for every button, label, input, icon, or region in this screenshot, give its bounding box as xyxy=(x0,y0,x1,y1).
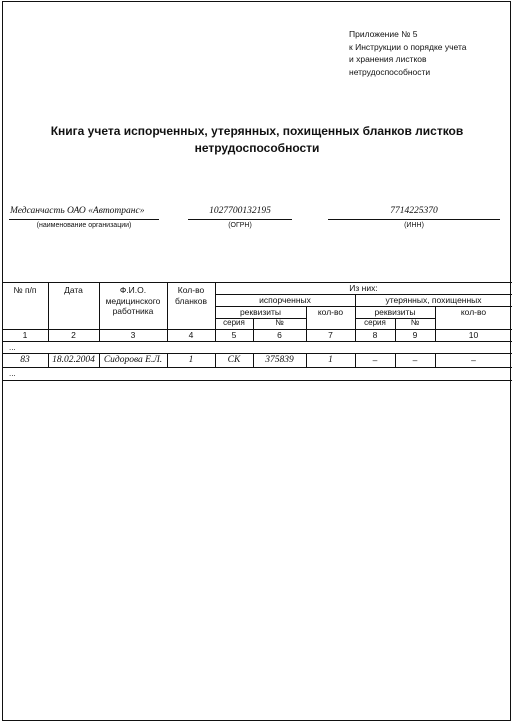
document-title: Книга учета испорченных, утерянных, похи… xyxy=(0,123,514,157)
ellipsis-row: ... xyxy=(9,343,16,352)
ogrn-caption: (ОГРН) xyxy=(188,222,292,229)
inn-value: 7714225370 xyxy=(328,206,500,216)
annex-line: Приложение № 5 xyxy=(349,28,467,41)
annex-line: нетрудоспособности xyxy=(349,66,467,79)
header-count: Кол-во бланков xyxy=(167,282,215,329)
cell-series: СК xyxy=(215,353,253,367)
table-line xyxy=(2,380,512,381)
cell-qty: 1 xyxy=(306,353,355,367)
column-number: 8 xyxy=(355,329,395,341)
organization-name-caption: (наименование организации) xyxy=(9,222,159,229)
header-spoiled-number: № xyxy=(253,318,306,329)
header-lost: утерянных, похищенных xyxy=(355,294,512,306)
header-lost-qty: кол-во xyxy=(435,306,512,318)
column-number: 1 xyxy=(2,329,48,341)
cell-num: 83 xyxy=(2,353,48,367)
column-number: 2 xyxy=(48,329,99,341)
header-spoiled: испорченных xyxy=(215,294,355,306)
header-date: Дата xyxy=(48,282,99,329)
cell-lost-qty: – xyxy=(435,353,512,367)
cell-count: 1 xyxy=(167,353,215,367)
organization-name: Медсанчасть ОАО «Автотранс» xyxy=(10,206,144,216)
annex-note: Приложение № 5 к Инструкции о порядке уч… xyxy=(349,28,467,78)
header-lost-requisites: реквизиты xyxy=(355,306,435,318)
header-num: № п/п xyxy=(2,282,48,329)
column-number: 9 xyxy=(395,329,435,341)
inn-underline xyxy=(328,219,500,220)
header-spoiled-series: серия xyxy=(215,318,253,329)
header-lost-number: № xyxy=(395,318,435,329)
title-line-2: нетрудоспособности xyxy=(0,140,514,157)
header-of-them: Из них: xyxy=(215,282,512,294)
inn-caption: (ИНН) xyxy=(328,222,500,229)
column-number: 10 xyxy=(435,329,512,341)
ogrn-underline xyxy=(188,219,292,220)
table-line xyxy=(2,341,512,342)
column-number: 6 xyxy=(253,329,306,341)
annex-line: к Инструкции о порядке учета xyxy=(349,41,467,54)
header-spoiled-qty: кол-во xyxy=(306,306,355,318)
cell-number: 375839 xyxy=(253,353,306,367)
cell-lost-series: – xyxy=(355,353,395,367)
annex-line: и хранения листков xyxy=(349,53,467,66)
cell-lost-number: – xyxy=(395,353,435,367)
cell-fio: Сидорова Е.Л. xyxy=(99,353,167,367)
title-line-1: Книга учета испорченных, утерянных, похи… xyxy=(0,123,514,140)
cell-date: 18.02.2004 xyxy=(48,353,99,367)
ellipsis-row: ... xyxy=(9,369,16,378)
column-number: 5 xyxy=(215,329,253,341)
header-fio: Ф.И.О. медицинского работника xyxy=(99,282,167,329)
table-line xyxy=(2,367,512,368)
column-number: 4 xyxy=(167,329,215,341)
header-lost-series: серия xyxy=(355,318,395,329)
column-number: 3 xyxy=(99,329,167,341)
organization-name-underline xyxy=(9,219,159,220)
ogrn-value: 1027700132195 xyxy=(188,206,292,216)
header-spoiled-requisites: реквизиты xyxy=(215,306,306,318)
column-number: 7 xyxy=(306,329,355,341)
